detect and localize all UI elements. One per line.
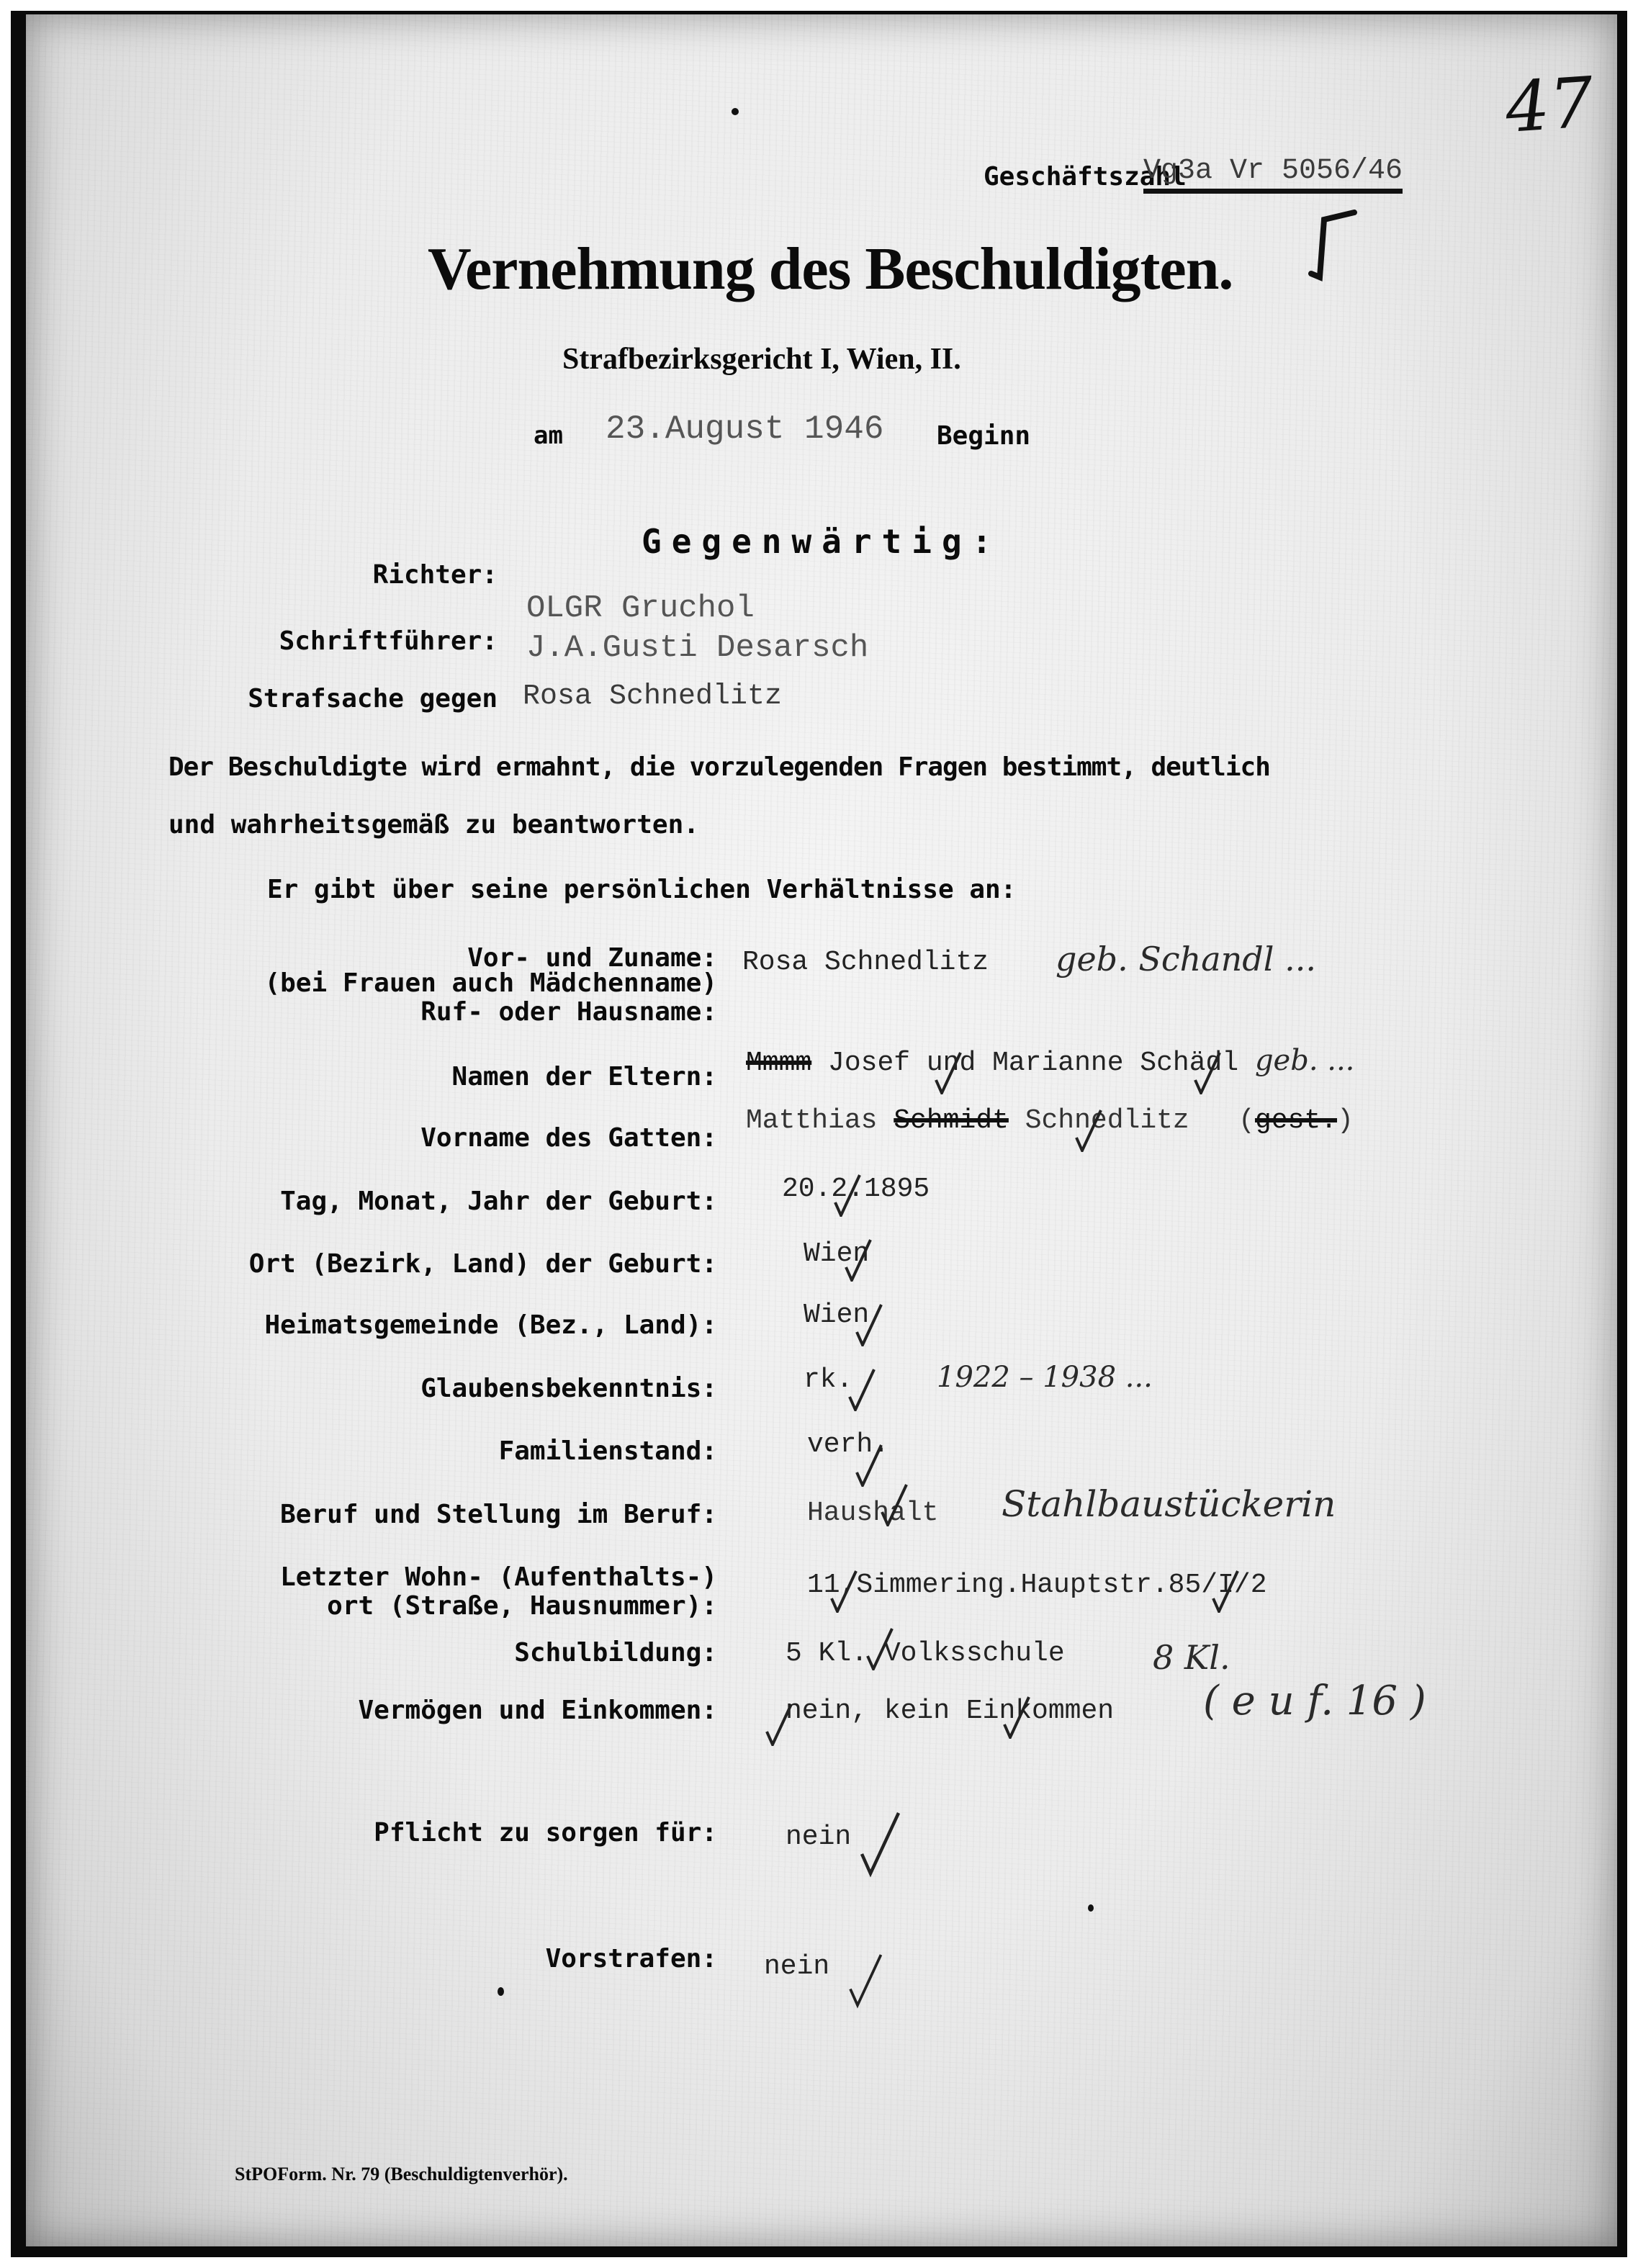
parents-label: Namen der Eltern: — [452, 1062, 717, 1092]
assets-income-value: nein, kein Einkommen — [786, 1696, 1114, 1727]
case-against-label: Strafsache gegen — [248, 684, 498, 714]
education-value: 5 Kl. Volksschule — [786, 1638, 1065, 1669]
parents-handwritten-note: geb. ... — [1255, 1044, 1354, 1077]
check-mark-icon — [854, 1303, 883, 1346]
spouse-paren-open: ( — [1238, 1105, 1255, 1136]
form-footer: StPOForm. Nr. 79 (Beschuldigtenverhör). — [235, 2164, 568, 2185]
check-mark-icon — [1074, 1109, 1102, 1152]
assets-handwritten-note: ( e u f. 16 ) — [1203, 1678, 1426, 1724]
support-duty-label: Pflicht zu sorgen für: — [374, 1818, 717, 1848]
religion-value: rk. — [804, 1364, 852, 1395]
judge-value: OLGR Gruchol — [526, 590, 755, 626]
clerk-label: Schriftführer: — [279, 626, 498, 656]
case-number-value: Vg3a Vr 5056/46 — [1143, 155, 1403, 194]
prior-convictions-value: nein — [764, 1951, 829, 1982]
check-mark-icon — [847, 1944, 883, 2016]
check-mark-icon — [829, 1570, 858, 1613]
support-duty-value: nein — [786, 1822, 851, 1853]
name-handwritten-note: geb. Schandl ... — [1056, 940, 1316, 978]
check-mark-icon — [865, 1627, 894, 1670]
clerk-value: J.A.Gusti Desarsch — [526, 630, 868, 666]
date-suffix: Beginn — [937, 421, 1030, 451]
present-heading: Gegenwärtig: — [642, 522, 1002, 561]
occupation-value: Haushalt — [807, 1498, 938, 1529]
check-mark-icon — [843, 1238, 872, 1282]
document-page: 47 Geschäftszahl Vg3a Vr 5056/46 Vernehm… — [26, 14, 1617, 2246]
address-value: 11,Simmering.Hauptstr.85/I/2 — [807, 1570, 1267, 1601]
home-municipality-label: Heimatsgemeinde (Bez., Land): — [264, 1310, 717, 1340]
check-mark-icon — [854, 1444, 883, 1487]
spouse-last-name: Schnedlitz — [1025, 1105, 1189, 1136]
ink-dot — [498, 1987, 504, 1996]
ink-dot — [732, 108, 739, 115]
birthdate-label: Tag, Monat, Jahr der Geburt: — [280, 1187, 717, 1216]
page-number: 47 — [1503, 62, 1596, 148]
spouse-struck-name: Schmidt — [894, 1105, 1009, 1136]
check-mark-icon — [858, 1807, 901, 1879]
check-mark-icon — [879, 1483, 908, 1526]
check-mark-icon — [847, 1368, 876, 1411]
address-label-line-1: Letzter Wohn- (Aufenthalts-) — [280, 1562, 717, 1592]
spouse-paren-close: ) — [1337, 1105, 1354, 1136]
education-label: Schulbildung: — [514, 1638, 717, 1668]
address-label-line-2: ort (Straße, Hausnummer): — [327, 1591, 717, 1621]
name-value: Rosa Schnedlitz — [742, 947, 989, 978]
spouse-value-row: Matthias Schmidt Schnedlitz (gest.) — [746, 1105, 1354, 1136]
admonition-line-2: und wahrheitsgemäß zu beantworten. — [168, 810, 699, 840]
court-name: Strafbezirksgericht I, Wien, II. — [562, 342, 961, 377]
parents-struck-text: Mmmm — [746, 1048, 811, 1079]
check-mark-icon — [1192, 1051, 1221, 1094]
prior-convictions-label: Vorstrafen: — [546, 1944, 717, 1974]
page-title: Vernehmung des Beschuldigten. — [428, 234, 1233, 304]
judge-label: Richter: — [373, 560, 498, 590]
case-against-value: Rosa Schnedlitz — [523, 680, 782, 713]
occupation-handwritten-note: Stahlbaustückerin — [1002, 1483, 1336, 1525]
marital-status-label: Familienstand: — [499, 1436, 717, 1466]
personal-intro: Er gibt über seine persönlichen Verhältn… — [267, 875, 1016, 904]
spouse-label: Vorname des Gatten: — [420, 1123, 717, 1153]
check-mark-icon — [933, 1051, 962, 1094]
ink-dot — [1088, 1904, 1094, 1912]
nickname-label: Ruf- oder Hausname: — [420, 997, 717, 1027]
education-handwritten-note: 8 Kl. — [1153, 1638, 1230, 1677]
hearing-date: 23.August 1946 — [606, 410, 883, 448]
assets-income-label: Vermögen und Einkommen: — [359, 1696, 718, 1725]
check-mark-icon — [1210, 1570, 1239, 1613]
check-mark-icon — [1304, 205, 1362, 284]
admonition-line-1: Der Beschuldigte wird ermahnt, die vorzu… — [168, 752, 1270, 782]
spouse-struck-note: gest. — [1255, 1105, 1337, 1136]
spouse-first-name: Matthias — [746, 1105, 877, 1136]
religion-handwritten-note: 1922 – 1938 ... — [937, 1361, 1153, 1394]
parents-value: Josef und Marianne Schädl — [828, 1048, 1238, 1079]
religion-label: Glaubensbekenntnis: — [420, 1374, 717, 1403]
check-mark-icon — [1002, 1696, 1030, 1739]
check-mark-icon — [764, 1703, 793, 1746]
check-mark-icon — [832, 1174, 861, 1217]
parents-value-row: Mmmm Josef und Marianne Schädl geb. ... — [746, 1044, 1354, 1079]
occupation-label: Beruf und Stellung im Beruf: — [280, 1500, 717, 1529]
date-prefix: am — [534, 421, 563, 450]
birthplace-label: Ort (Bezirk, Land) der Geburt: — [249, 1249, 717, 1279]
maiden-name-label: (bei Frauen auch Mädchenname) — [264, 968, 717, 998]
